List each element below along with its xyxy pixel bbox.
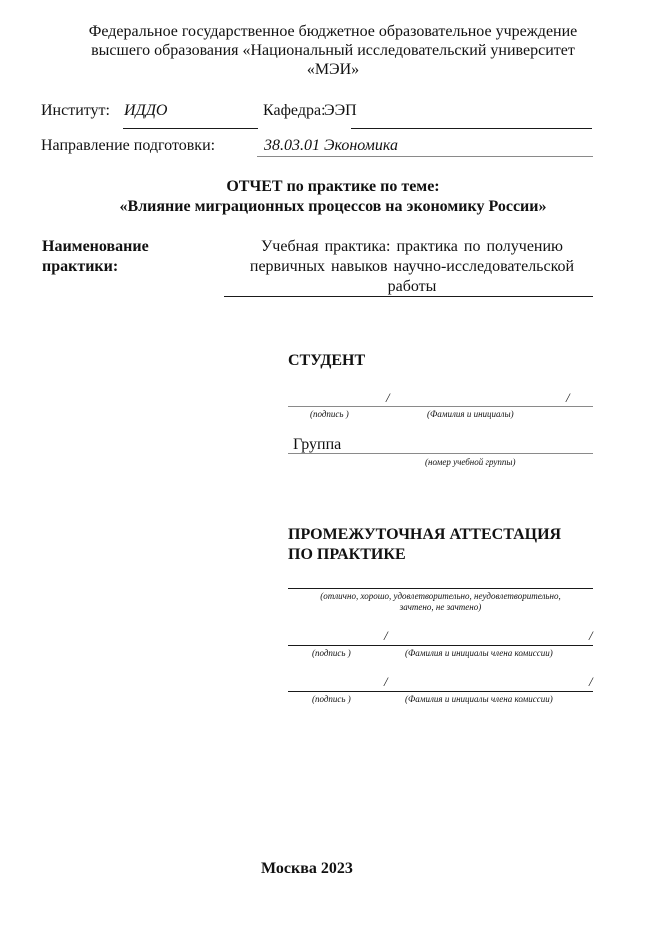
practice-underline (224, 296, 593, 297)
member-2-slash-2: / (589, 674, 593, 690)
department-underline (351, 128, 592, 129)
student-slash-1: / (386, 390, 390, 406)
group-caption: (номер учебной группы) (425, 457, 516, 468)
organization-line-3: «МЭИ» (0, 60, 666, 79)
student-name-caption: (Фамилия и инициалы) (427, 409, 514, 420)
report-title-line-1: ОТЧЕТ по практике по теме: (0, 177, 666, 197)
student-slash-2: / (566, 390, 570, 406)
direction-label: Направление подготовки: (41, 137, 215, 155)
grade-caption: (отлично, хорошо, удовлетворительно, неу… (288, 591, 593, 613)
attestation-heading: ПРОМЕЖУТОЧНАЯ АТТЕСТАЦИЯ ПО ПРАКТИКЕ (288, 525, 561, 565)
attestation-heading-line-2: ПО ПРАКТИКЕ (288, 545, 561, 565)
member-1-slash-2: / (589, 628, 593, 644)
grade-caption-line-2: зачтено, не зачтено) (288, 602, 593, 613)
city-year: Москва 2023 (261, 860, 353, 878)
member-1-signature-caption: (подпись ) (312, 648, 351, 659)
practice-label: Наименование практики: (42, 237, 149, 277)
grade-line[interactable] (288, 588, 593, 589)
department-label: Кафедра: (263, 102, 326, 120)
attestation-heading-line-1: ПРОМЕЖУТОЧНАЯ АТТЕСТАЦИЯ (288, 525, 561, 545)
member-1-signature-line[interactable] (288, 645, 593, 646)
direction-underline (257, 156, 593, 157)
group-line[interactable] (288, 453, 593, 454)
report-title-line-2: «Влияние миграционных процессов на эконо… (0, 197, 666, 217)
member-2-slash-1: / (384, 674, 388, 690)
department-value: ЭЭП (324, 102, 357, 120)
grade-caption-line-1: (отлично, хорошо, удовлетворительно, неу… (288, 591, 593, 602)
practice-value-line-2: первичных навыков научно-исследовательск… (228, 257, 596, 277)
member-2-name-caption: (Фамилия и инициалы члена комиссии) (405, 694, 553, 705)
institute-value: ИДДО (124, 102, 167, 120)
organization-line-1: Федеральное государственное бюджетное об… (0, 22, 666, 41)
practice-label-line-1: Наименование (42, 237, 149, 257)
member-1-slash-1: / (384, 628, 388, 644)
practice-value-line-1: Учебная практика: практика по получению (228, 237, 596, 257)
member-2-signature-line[interactable] (288, 691, 593, 692)
practice-value: Учебная практика: практика по получению … (228, 237, 596, 297)
direction-value: 38.03.01 Экономика (264, 137, 398, 155)
institute-underline (123, 128, 258, 129)
practice-label-line-2: практики: (42, 257, 149, 277)
report-title: ОТЧЕТ по практике по теме: «Влияние мигр… (0, 177, 666, 217)
organization-header: Федеральное государственное бюджетное об… (0, 22, 666, 79)
practice-value-line-3: работы (228, 277, 596, 297)
member-1-name-caption: (Фамилия и инициалы члена комиссии) (405, 648, 553, 659)
institute-label: Институт: (41, 102, 110, 120)
student-signature-line[interactable] (288, 406, 593, 407)
member-2-signature-caption: (подпись ) (312, 694, 351, 705)
group-label: Группа (293, 436, 341, 454)
student-heading: СТУДЕНТ (288, 351, 365, 371)
student-signature-caption: (подпись ) (310, 409, 349, 420)
organization-line-2: высшего образования «Национальный исслед… (0, 41, 666, 60)
